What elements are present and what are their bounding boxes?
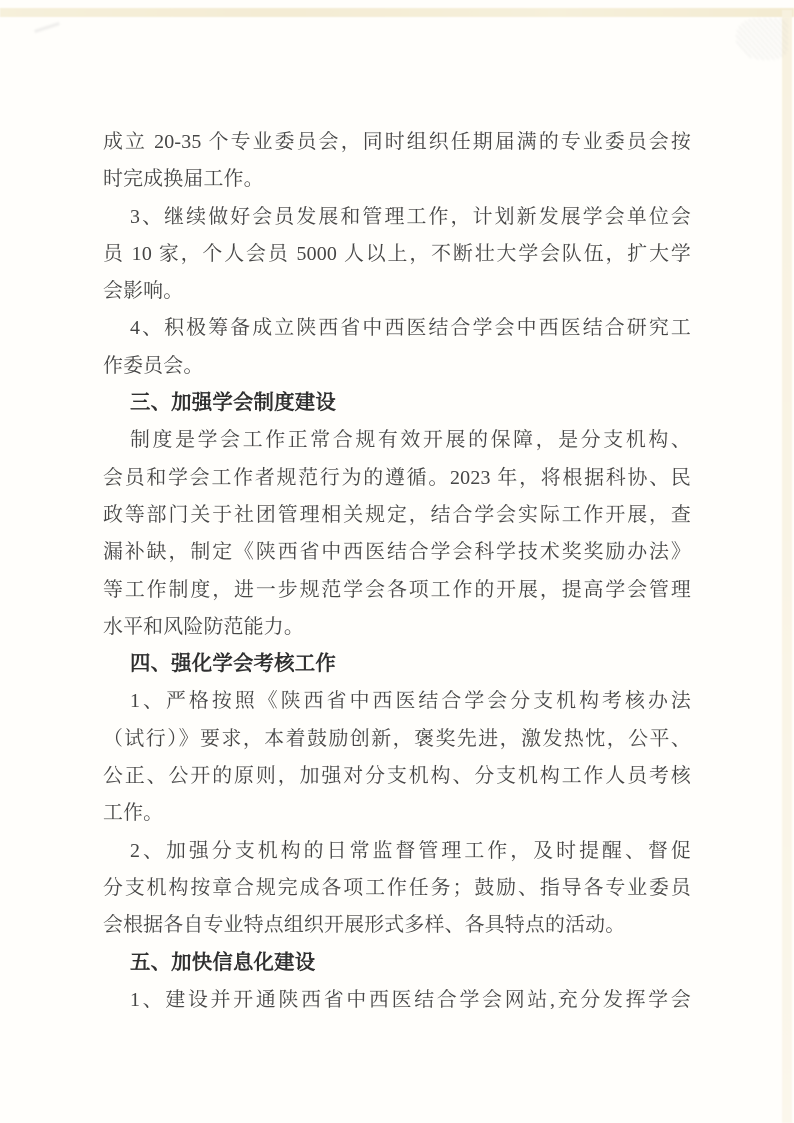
section-heading: 三、加强学会制度建设 [103,385,691,422]
text-line: 分支机构按章合规完成各项工作任务；鼓励、指导各专业委员 [103,870,691,907]
section-heading: 五、加快信息化建设 [103,945,691,982]
text-line: 工作。 [103,795,691,832]
text-line: 等工作制度，进一步规范学会各项工作的开展，提高学会管理 [103,572,691,609]
text-line: 会影响。 [103,273,691,310]
text-line: 作委员会。 [103,348,691,385]
text-line: 2、加强分支机构的日常监督管理工作，及时提醒、督促 [103,833,691,870]
text-line: 漏补缺，制定《陕西省中西医结合学会科学技术奖奖励办法》 [103,534,691,571]
section-heading: 四、强化学会考核工作 [103,646,691,683]
text-line: 员 10 家，个人会员 5000 人以上，不断壮大学会队伍，扩大学 [103,236,691,273]
scan-artifact-corner-smudge [736,18,788,60]
text-line: 3、继续做好会员发展和管理工作，计划新发展学会单位会 [103,199,691,236]
text-line: 公正、公开的原则，加强对分支机构、分支机构工作人员考核 [103,758,691,795]
text-line: 4、积极筹备成立陕西省中西医结合学会中西医结合研究工 [103,310,691,347]
text-line: 时完成换届工作。 [103,161,691,198]
scanned-document-page: 成立 20-35 个专业委员会，同时组织任期届满的专业委员会按时完成换届工作。3… [0,0,794,1123]
text-line: 成立 20-35 个专业委员会，同时组织任期届满的专业委员会按 [103,124,691,161]
text-line: 水平和风险防范能力。 [103,609,691,646]
text-line: 制度是学会工作正常合规有效开展的保障，是分支机构、 [103,422,691,459]
scan-artifact-right-band [782,10,792,1123]
scan-artifact-top-band [0,8,794,17]
text-line: 会根据各自专业特点组织开展形式多样、各具特点的活动。 [103,907,691,944]
text-line: （试行）》要求，本着鼓励创新，褒奖先进，激发热忱，公平、 [103,721,691,758]
text-line: 1、建设并开通陕西省中西医结合学会网站,充分发挥学会 [103,982,691,1019]
text-line: 政等部门关于社团管理相关规定，结合学会实际工作开展，查 [103,497,691,534]
text-column: 成立 20-35 个专业委员会，同时组织任期届满的专业委员会按时完成换届工作。3… [103,124,691,1019]
text-line: 1、严格按照《陕西省中西医结合学会分支机构考核办法 [103,683,691,720]
text-line: 会员和学会工作者规范行为的遵循。2023 年，将根据科协、民 [103,460,691,497]
scan-artifact-speck [34,22,60,33]
